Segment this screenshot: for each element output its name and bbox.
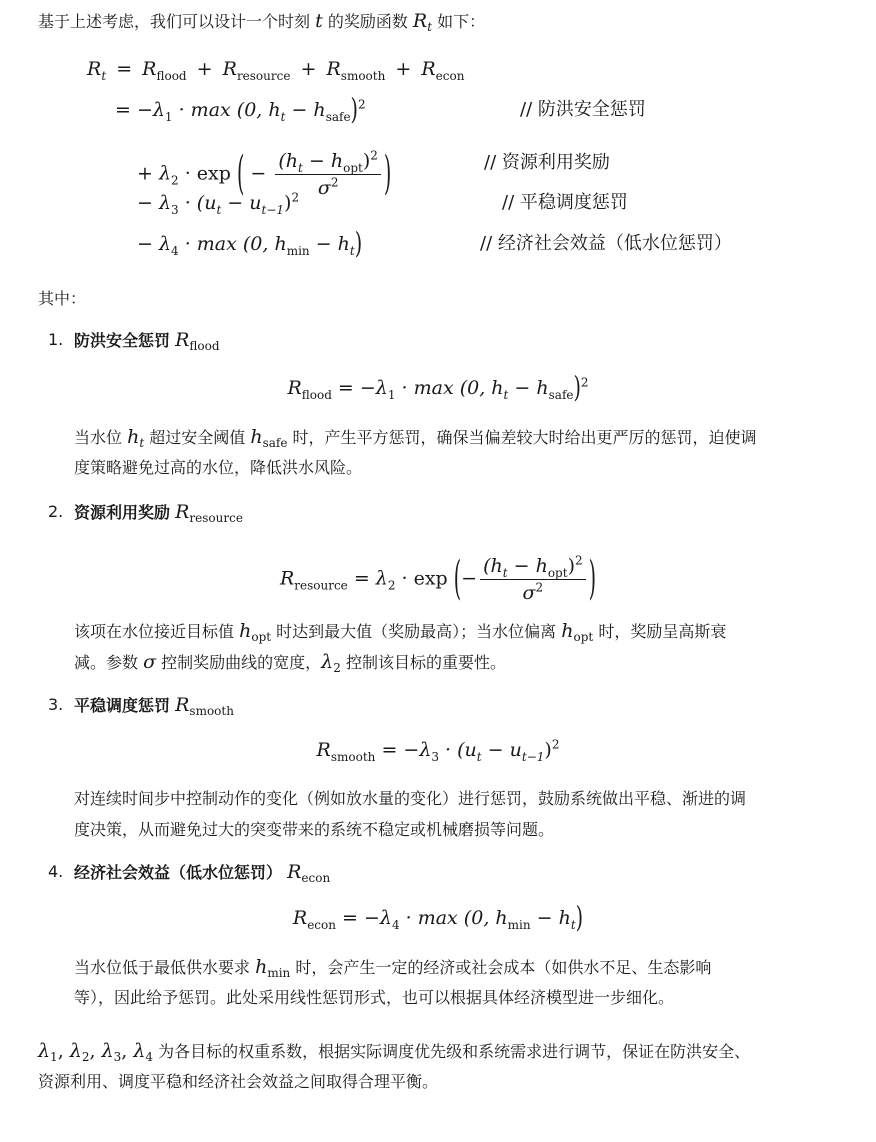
math-expr: − λ xyxy=(137,192,171,214)
math-comma: , xyxy=(58,1040,70,1062)
math-expr: − h xyxy=(531,907,571,929)
math-sub: min xyxy=(267,966,290,980)
math-sub: 2 xyxy=(333,661,341,675)
math-sym: λ xyxy=(38,1040,50,1062)
intro-text: 基于上述考虑，我们可以设计一个时刻 xyxy=(38,12,315,31)
math-expr: (h xyxy=(278,150,298,172)
math-sub: flood xyxy=(156,69,186,83)
math-expr: − h xyxy=(303,150,343,172)
math-sub: t xyxy=(101,69,106,83)
math-sub: smooth xyxy=(331,750,376,764)
math-expr: = −λ xyxy=(336,907,392,929)
closing-text: 为各目标的权重系数，根据实际调度优先级和系统需求进行调节，保证在防洪安全、 xyxy=(153,1042,750,1061)
math-sub: smooth xyxy=(189,704,234,718)
intro-text: 如下： xyxy=(432,12,485,31)
math-sym: h xyxy=(561,620,573,642)
fraction-denominator: σ2 xyxy=(523,580,544,604)
item-title-text: 平稳调度惩罚 xyxy=(74,696,170,715)
math-sym: R xyxy=(175,329,189,351)
fraction-denominator: σ2 xyxy=(318,175,339,199)
math-sub: t−1 xyxy=(522,750,545,764)
math-sub: econ xyxy=(436,69,465,83)
item-description: 度策略避免过高的水位，降低洪水风险。 xyxy=(74,453,362,483)
math-paren: ( xyxy=(454,543,461,615)
math-sub: min xyxy=(287,244,310,258)
math-paren: ) xyxy=(384,138,391,210)
math-expr: − λ xyxy=(137,233,171,255)
math-comma: , xyxy=(89,1040,101,1062)
math-paren: ) xyxy=(573,366,580,411)
math-sub: flood xyxy=(189,339,219,353)
math-sub: smooth xyxy=(341,69,386,83)
math-sym: h xyxy=(255,956,267,978)
math-sym: R xyxy=(317,739,331,761)
math-expr: + λ xyxy=(137,163,171,185)
math-sup: 2 xyxy=(358,98,366,112)
list-item-title: 防洪安全惩罚 Rflood xyxy=(74,325,220,356)
math-sym: σ xyxy=(523,582,536,604)
list-number: 4. xyxy=(48,857,63,887)
math-expr: − u xyxy=(221,192,261,214)
item-equation: Rresource = λ2 · exp (−(ht − hopt)2σ2) xyxy=(0,555,876,604)
item-description: 对连续时间步中控制动作的变化（例如放水量的变化）进行惩罚，鼓励系统做出平稳、渐进… xyxy=(74,784,746,814)
math-sym: R xyxy=(142,58,156,80)
math-expr: · max (0, h xyxy=(400,907,508,929)
math-expr: · max (0, h xyxy=(396,377,504,399)
math-expr: = −λ xyxy=(332,377,388,399)
math-var-t: t xyxy=(315,10,323,32)
math-paren: ) xyxy=(568,555,575,577)
math-sub: resource xyxy=(294,578,348,592)
math-sym: h xyxy=(127,426,139,448)
intro-text: 的奖励函数 xyxy=(323,12,413,31)
math-expr: · (u xyxy=(439,739,477,761)
equation-line-2: = −λ1 · max (0, ht − hsafe)2 xyxy=(115,95,366,125)
math-sym: R xyxy=(175,694,189,716)
math-expr: = −λ xyxy=(115,99,165,121)
math-paren: ) xyxy=(351,88,358,133)
fraction-numerator: (ht − hopt)2 xyxy=(275,150,381,175)
math-sup: 2 xyxy=(575,554,583,568)
math-var-R: R xyxy=(413,10,427,32)
item-description: 当水位低于最低供水要求 hmin 时，会产生一定的经济或社会成本（如供水不足、生… xyxy=(74,952,711,983)
list-number: 3. xyxy=(48,690,63,720)
math-sub: 1 xyxy=(165,110,173,124)
math-sub: opt xyxy=(548,566,568,580)
math-sym: σ xyxy=(143,651,156,673)
desc-text: 超过安全阈值 xyxy=(144,428,250,447)
math-sub: t−1 xyxy=(262,203,285,217)
math-sym: R xyxy=(175,501,189,523)
equation-line-4: − λ3 · (ut − ut−1)2 xyxy=(137,188,299,218)
item-title-text: 经济社会效益（低水位惩罚） xyxy=(74,863,282,882)
list-item-title: 平稳调度惩罚 Rsmooth xyxy=(74,690,234,721)
equation-line-1: Rt = Rflood + Rresource + Rsmooth + Reco… xyxy=(87,54,464,84)
where-label: 其中： xyxy=(38,284,86,314)
math-sub: 2 xyxy=(171,173,179,187)
list-item-title: 经济社会效益（低水位惩罚） Recon xyxy=(74,857,330,888)
closing-paragraph: λ1, λ2, λ3, λ4 为各目标的权重系数，根据实际调度优先级和系统需求进… xyxy=(38,1036,750,1067)
plus-sign: + xyxy=(197,58,213,80)
equation-comment: // 资源利用奖励 xyxy=(484,148,610,178)
math-expr: · exp xyxy=(395,568,453,590)
math-sub: opt xyxy=(574,630,594,644)
math-sup: 2 xyxy=(581,376,589,390)
list-number: 2. xyxy=(48,497,63,527)
math-sup: 2 xyxy=(291,191,299,205)
plus-sign: + xyxy=(301,58,317,80)
math-expr: − xyxy=(461,568,477,590)
item-equation: Rsmooth = −λ3 · (ut − ut−1)2 xyxy=(0,735,876,765)
equals-sign: = xyxy=(116,58,132,80)
equation-comment: // 经济社会效益（低水位惩罚） xyxy=(480,229,732,259)
item-equation: Rflood = −λ1 · max (0, ht − hsafe)2 xyxy=(0,373,876,403)
math-expr: · (u xyxy=(179,192,217,214)
math-sym: R xyxy=(293,907,307,929)
item-title-text: 防洪安全惩罚 xyxy=(74,331,170,350)
math-expr: − u xyxy=(482,739,522,761)
desc-text: 该项在水位接近目标值 xyxy=(74,622,239,641)
math-fraction: (ht − hopt)2σ2 xyxy=(480,555,586,604)
math-sym: λ xyxy=(70,1040,82,1062)
math-expr: − h xyxy=(310,233,350,255)
math-sym: λ xyxy=(321,651,333,673)
math-sup: 2 xyxy=(552,738,560,752)
math-paren: ) xyxy=(576,896,583,941)
equation-comment: // 防洪安全惩罚 xyxy=(520,95,646,125)
math-sub: 3 xyxy=(171,203,179,217)
item-description: 该项在水位接近目标值 hopt 时达到最大值（奖励最高）；当水位偏离 hopt … xyxy=(74,616,726,647)
desc-text: 当水位低于最低供水要求 xyxy=(74,958,255,977)
document-page: 基于上述考虑，我们可以设计一个时刻 t 的奖励函数 Rt 如下： Rt = Rf… xyxy=(0,0,876,1142)
item-description: 减。参数 σ 控制奖励曲线的宽度，λ2 控制该目标的重要性。 xyxy=(74,647,506,678)
math-expr: · max (0, h xyxy=(179,233,287,255)
plus-sign: + xyxy=(395,58,411,80)
list-item-title: 资源利用奖励 Rresource xyxy=(74,497,243,528)
math-sym: h xyxy=(250,426,262,448)
list-number: 1. xyxy=(48,325,63,355)
math-sym: λ xyxy=(102,1040,114,1062)
math-sub: min xyxy=(508,918,531,932)
desc-text: 当水位 xyxy=(74,428,127,447)
math-sym: R xyxy=(280,568,294,590)
intro-paragraph: 基于上述考虑，我们可以设计一个时刻 t 的奖励函数 Rt 如下： xyxy=(38,6,485,37)
equation-comment: // 平稳调度惩罚 xyxy=(502,188,628,218)
math-sym: R xyxy=(287,377,301,399)
math-expr: · max (0, h xyxy=(173,99,281,121)
math-sym: R xyxy=(287,861,301,883)
math-sub: flood xyxy=(302,388,332,402)
math-paren: ) xyxy=(589,543,596,615)
math-paren: ) xyxy=(544,739,551,761)
math-sup: 2 xyxy=(370,149,378,163)
math-sym: R xyxy=(223,58,237,80)
math-expr: = −λ xyxy=(375,739,431,761)
math-sub: econ xyxy=(307,918,336,932)
math-comma: , xyxy=(121,1040,133,1062)
desc-text: 控制该目标的重要性。 xyxy=(341,653,506,672)
math-expr: (h xyxy=(483,555,503,577)
fraction-numerator: (ht − hopt)2 xyxy=(480,555,586,580)
item-description: 当水位 ht 超过安全阈值 hsafe 时，产生平方惩罚，确保当偏差较大时给出更… xyxy=(74,422,757,453)
math-sub: opt xyxy=(343,161,363,175)
desc-text: 减。参数 xyxy=(74,653,143,672)
math-sub: resource xyxy=(237,69,291,83)
desc-text: 时，奖励呈高斯衰 xyxy=(593,622,726,641)
item-description: 度决策，从而避免过大的突变带来的系统不稳定或机械磨损等问题。 xyxy=(74,815,554,845)
math-expr: − h xyxy=(285,99,325,121)
math-sym: R xyxy=(421,58,435,80)
item-equation: Recon = −λ4 · max (0, hmin − ht) xyxy=(0,903,876,933)
closing-paragraph: 资源利用、调度平稳和经济社会效益之间取得合理平衡。 xyxy=(38,1067,438,1097)
math-paren: ) xyxy=(355,222,362,267)
desc-text: 时达到最大值（奖励最高）；当水位偏离 xyxy=(271,622,561,641)
math-sub: 4 xyxy=(392,918,400,932)
math-sub: 4 xyxy=(145,1050,153,1064)
math-expr: = λ xyxy=(348,568,388,590)
math-expr: − h xyxy=(508,377,548,399)
math-sub: 3 xyxy=(431,750,439,764)
math-expr: − h xyxy=(508,555,548,577)
math-sub: safe xyxy=(326,110,351,124)
item-description: 等），因此给予惩罚。此处采用线性惩罚形式，也可以根据具体经济模型进一步细化。 xyxy=(74,983,674,1013)
math-sym: σ xyxy=(318,177,331,199)
math-sym: R xyxy=(87,58,101,80)
math-sub: resource xyxy=(189,511,243,525)
math-sup: 2 xyxy=(331,176,339,190)
math-sub: opt xyxy=(251,630,271,644)
math-sub: econ xyxy=(301,871,330,885)
math-sym: R xyxy=(326,58,340,80)
item-title-text: 资源利用奖励 xyxy=(74,503,170,522)
math-sub: 1 xyxy=(50,1050,58,1064)
math-expr: · exp xyxy=(179,163,237,185)
math-sub: safe xyxy=(549,388,574,402)
math-sym: λ xyxy=(133,1040,145,1062)
desc-text: 时，会产生一定的经济或社会成本（如供水不足、生态影响 xyxy=(290,958,711,977)
math-sub: safe xyxy=(263,436,288,450)
desc-text: 控制奖励曲线的宽度， xyxy=(156,653,321,672)
desc-text: 时，产生平方惩罚，确保当偏差较大时给出更严厉的惩罚，迫使调 xyxy=(287,428,756,447)
math-sup: 2 xyxy=(536,581,544,595)
math-sub: 1 xyxy=(388,388,396,402)
equation-line-5: − λ4 · max (0, hmin − ht) xyxy=(137,229,362,259)
math-sym: h xyxy=(239,620,251,642)
math-sub: 4 xyxy=(171,244,179,258)
math-expr: − xyxy=(250,163,266,185)
